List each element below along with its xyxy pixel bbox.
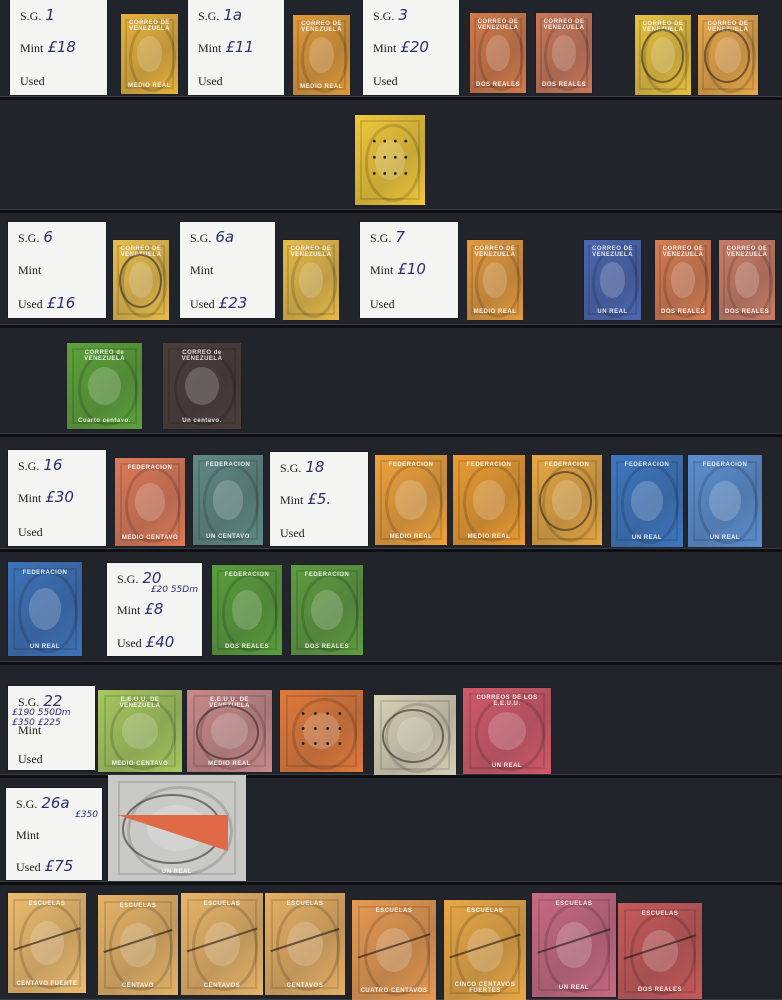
sg-number: S.G.1 <box>20 6 55 24</box>
sg-number-value: 1a <box>223 6 242 24</box>
sg-number: S.G.6a <box>190 228 234 246</box>
label-card-sg-3: S.G.3Mint£20Used <box>363 0 459 95</box>
stamp: ESCUELASCINCO CENTAVOS FUERTES <box>444 900 526 1000</box>
sg-number-value: 1 <box>45 6 55 24</box>
stamp-value-inscription: MEDIO REAL <box>459 534 520 540</box>
stamp: FEDERACIONDOS REALES <box>291 565 363 655</box>
stamp-top-inscription: FEDERACION <box>617 462 678 468</box>
postmark-icon <box>196 705 260 760</box>
stamp-value-inscription: MEDIO REAL <box>126 83 174 89</box>
stamp: E.E.U.U. DE VENEZUELAMEDIO CENTAVO <box>98 690 182 772</box>
stamp: FEDERACIONUN REAL <box>8 562 82 656</box>
stamp: CORREO DE VENEZUELADOS REALES <box>655 240 711 320</box>
mint-price-value: £11 <box>225 38 254 56</box>
sg-number-label: S.G. <box>20 9 41 23</box>
stamp-top-inscription: CORREO DE VENEZUELA <box>659 246 706 258</box>
stamp-value-inscription: Cuarto centavo. <box>73 418 136 424</box>
sg-number-label: S.G. <box>198 9 219 23</box>
stamp-top-inscription: FEDERACION <box>218 572 277 578</box>
used-price-value: £40 <box>146 633 175 651</box>
stamp-top-inscription: CORREO DE VENEZUELA <box>298 21 346 33</box>
stamp: FEDERACIONDOS REALES <box>212 565 282 655</box>
pin-perforation-icon <box>297 706 347 755</box>
stamp: ESCUELASCENTAVO <box>98 895 178 995</box>
pin-perforation-icon <box>369 133 411 187</box>
used-price-label: Used <box>20 74 45 88</box>
used-price: Used <box>370 294 399 312</box>
stamp: E.E.U.U. DE VENEZUELAMEDIO REAL <box>187 690 272 772</box>
stamp-value-inscription: UN REAL <box>539 985 610 991</box>
postmark-icon <box>641 29 684 83</box>
stamp-top-inscription: FEDERACION <box>14 570 76 576</box>
sg-number: S.G.26a <box>16 794 70 812</box>
label-card-sg-6: S.G.6MintUsed£16 <box>8 222 106 318</box>
sg-number: S.G.6 <box>18 228 53 246</box>
stamp-value-inscription: CENTAVOS <box>188 983 257 989</box>
stamp-value-inscription: UN REAL <box>119 869 235 875</box>
stamp: CORREO DE VENEZUELA <box>113 240 169 320</box>
stamp-top-inscription: CORREO DE VENEZUELA <box>474 19 521 31</box>
used-price-label: Used <box>280 526 305 540</box>
mint-price-value: £20 <box>400 38 429 56</box>
stamp-value-inscription: DOS REALES <box>540 82 587 88</box>
used-price-value: £75 <box>45 857 74 875</box>
stamp-value-inscription: UN REAL <box>617 535 678 541</box>
postmark-icon <box>704 29 750 83</box>
handwritten-note: £20 55Dm <box>151 585 198 595</box>
used-price: Used£40 <box>117 633 174 651</box>
used-price-label: Used <box>18 525 43 539</box>
stamp: ESCUELASCUATRO CENTAVOS <box>352 900 436 1000</box>
used-price: Used <box>280 523 309 541</box>
stamp-top-inscription: CORREO de VENEZUELA <box>73 350 136 362</box>
stamp: FEDERACIONMEDIO REAL <box>453 455 525 545</box>
stamp-top-inscription: CORREO DE VENEZUELA <box>540 19 587 31</box>
mint-price-label: Mint <box>18 491 41 505</box>
used-price-value: £16 <box>47 294 76 312</box>
mint-price-value: £8 <box>144 600 163 618</box>
sg-number-label: S.G. <box>18 231 39 245</box>
handwritten-note: £350 <box>75 810 98 820</box>
stamp-top-inscription: FEDERACION <box>199 462 258 468</box>
used-price-value: £23 <box>219 294 248 312</box>
stamp-top-inscription: CORREO DE VENEZUELA <box>126 20 174 32</box>
stamp: FEDERACIONUN REAL <box>688 455 762 547</box>
stamp: CORREO DE VENEZUELA <box>698 15 758 95</box>
mint-price-value: £10 <box>397 260 426 278</box>
stamp-value-inscription: CUATRO CENTAVOS <box>359 988 430 994</box>
stamp-top-inscription: CORREO DE VENEZUELA <box>471 246 518 258</box>
mint-price-label: Mint <box>190 263 213 277</box>
stamp-top-inscription: CORREO DE VENEZUELA <box>287 246 334 258</box>
sg-number-value: 6a <box>215 228 234 246</box>
postmark-icon <box>382 709 443 763</box>
stamp: CORREO DE VENEZUELADOS REALES <box>470 13 526 93</box>
sg-number-label: S.G. <box>18 459 39 473</box>
stamp-value-inscription: DOS REALES <box>474 82 521 88</box>
used-price-label: Used <box>190 297 215 311</box>
used-price-label: Used <box>18 752 43 766</box>
stamp-top-inscription: FEDERACION <box>381 462 442 468</box>
stamp: CORREOS DE LOS E.E.U.U.UN REAL <box>463 688 551 774</box>
stamp: FEDERACIONMEDIO CENTAVO <box>115 458 185 546</box>
stamp-value-inscription: CENTAVO FUERTE <box>14 981 80 987</box>
used-price-label: Used <box>18 297 43 311</box>
sg-number: S.G.7 <box>370 228 405 246</box>
stamp-top-inscription: E.E.U.U. DE VENEZUELA <box>105 697 176 709</box>
mint-price-label: Mint <box>20 41 43 55</box>
used-price-label: Used <box>16 860 41 874</box>
sg-number-label: S.G. <box>190 231 211 245</box>
sg-number-label: S.G. <box>370 231 391 245</box>
mint-price: Mint£8 <box>117 600 163 618</box>
stamp: CORREO DE VENEZUELA <box>635 15 691 95</box>
label-card-sg-1: S.G.1Mint£18Used <box>10 0 107 95</box>
mint-price-value: £5. <box>307 490 331 508</box>
sg-number-value: 16 <box>43 456 62 474</box>
stamp <box>280 690 363 772</box>
mint-price-label: Mint <box>373 41 396 55</box>
stamp <box>374 695 456 775</box>
stamp-value-inscription: DOS REALES <box>625 987 696 993</box>
sg-number-value: 6 <box>43 228 53 246</box>
used-price: Used£75 <box>16 857 73 875</box>
stamp: ESCUELASUN REAL <box>532 893 616 997</box>
mint-price: Mint£20 <box>373 38 429 56</box>
label-card-sg-1a: S.G.1aMint£11Used <box>188 0 284 95</box>
stamp-top-inscription: ESCUELAS <box>451 908 520 914</box>
mint-price: Mint <box>16 825 43 843</box>
used-price: Used <box>18 749 47 767</box>
stamp-value-inscription: DOS REALES <box>297 644 358 650</box>
used-price: Used <box>198 71 227 89</box>
bisect-stamp-icon <box>118 815 228 851</box>
label-card-sg-18: S.G.18Mint£5.Used <box>270 452 368 546</box>
sg-number-label: S.G. <box>18 695 39 709</box>
sg-number: S.G.16 <box>18 456 62 474</box>
stamp-value-inscription: MEDIO REAL <box>194 761 265 767</box>
mint-price: Mint£30 <box>18 488 74 506</box>
stamp: FEDERACION <box>532 455 602 545</box>
sg-number: S.G.1a <box>198 6 242 24</box>
stamp: CORREO DE VENEZUELAMEDIO REAL <box>121 14 178 94</box>
stamp-top-inscription: ESCUELAS <box>359 908 430 914</box>
mint-price-label: Mint <box>370 263 393 277</box>
stamp-value-inscription: Un centavo. <box>169 418 235 424</box>
label-card-sg-16: S.G.16Mint£30Used <box>8 450 106 546</box>
used-price: Used <box>20 71 49 89</box>
stamp-top-inscription: CORREO DE VENEZUELA <box>589 246 637 258</box>
stamp: CORREO DE VENEZUELAUN REAL <box>584 240 641 320</box>
stamp: FEDERACIONMEDIO REAL <box>375 455 447 545</box>
used-price-label: Used <box>117 636 142 650</box>
stamp-value-inscription: CINCO CENTAVOS FUERTES <box>451 982 520 994</box>
stamp: CORREO DE VENEZUELAMEDIO REAL <box>293 15 350 95</box>
used-price-label: Used <box>198 74 223 88</box>
sg-number-value: 18 <box>305 458 324 476</box>
stamp-top-inscription: ESCUELAS <box>271 901 338 907</box>
mint-price-label: Mint <box>280 493 303 507</box>
mint-price: Mint <box>190 260 217 278</box>
stamp: ESCUELASCENTAVOS <box>265 893 345 995</box>
mint-price-label: Mint <box>16 828 39 842</box>
sg-number: S.G.18 <box>280 458 324 476</box>
stamp-value-inscription: MEDIO REAL <box>381 534 442 540</box>
stamp-value-inscription: UN REAL <box>14 644 76 650</box>
mint-price: Mint£10 <box>370 260 426 278</box>
mint-price-value: £18 <box>47 38 76 56</box>
label-card-sg-20: S.G.20Mint£8Used£40£20 55Dm <box>107 563 202 656</box>
sg-number-label: S.G. <box>373 9 394 23</box>
stamp-top-inscription: ESCUELAS <box>104 903 171 909</box>
stamp-value-inscription: CENTAVOS <box>271 983 338 989</box>
stamp-value-inscription: MEDIO REAL <box>298 84 346 90</box>
stamp: ESCUELASCENTAVO FUERTE <box>8 893 86 993</box>
label-card-sg-22: S.G.22MintUsed£190 550Dm £350 £225 <box>8 686 95 770</box>
mint-price: Mint£18 <box>20 38 76 56</box>
stamp-value-inscription: MEDIO CENTAVO <box>105 761 176 767</box>
stamp-value-inscription: UN REAL <box>470 763 544 769</box>
stamp: ESCUELASDOS REALES <box>618 903 702 999</box>
stamp-top-inscription: CORREO DE VENEZUELA <box>723 246 770 258</box>
mint-price-label: Mint <box>18 263 41 277</box>
sg-number-value: 3 <box>398 6 408 24</box>
stamp-top-inscription: FEDERACION <box>538 462 597 468</box>
stamp-value-inscription: DOS REALES <box>723 309 770 315</box>
stamp-top-inscription: CORREO de VENEZUELA <box>169 350 235 362</box>
stamp: FEDERACIONUN CENTAVO <box>193 455 263 545</box>
stamp: FEDERACIONUN REAL <box>611 455 683 547</box>
stamp-top-inscription: ESCUELAS <box>539 901 610 907</box>
sg-number-label: S.G. <box>117 572 138 586</box>
used-price: Used <box>18 522 47 540</box>
stamp: CORREO de VENEZUELACuarto centavo. <box>67 343 142 429</box>
stamp-top-inscription: FEDERACION <box>297 572 358 578</box>
stamp-top-inscription: ESCUELAS <box>188 901 257 907</box>
stamp-value-inscription: UN REAL <box>694 535 756 541</box>
sg-number-label: S.G. <box>16 797 37 811</box>
used-price-label: Used <box>373 74 398 88</box>
mint-price-label: Mint <box>117 603 140 617</box>
sg-number-value: 26a <box>41 794 69 812</box>
sg-number: S.G.3 <box>373 6 408 24</box>
label-card-sg-7: S.G.7Mint£10Used <box>360 222 458 318</box>
stamp-top-inscription: ESCUELAS <box>625 911 696 917</box>
stamp-value-inscription: DOS REALES <box>218 644 277 650</box>
used-price: Used <box>373 71 402 89</box>
mint-price-value: £30 <box>45 488 74 506</box>
mint-price: Mint£11 <box>198 38 254 56</box>
stamp-value-inscription: DOS REALES <box>659 309 706 315</box>
postmark-icon <box>119 254 162 308</box>
stamp <box>355 115 425 205</box>
stamp: CORREO de VENEZUELAUn centavo. <box>163 343 241 429</box>
stamp-top-inscription: FEDERACION <box>459 462 520 468</box>
stamp-value-inscription: MEDIO CENTAVO <box>121 535 180 541</box>
stamp: CORREO DE VENEZUELA <box>283 240 339 320</box>
stamp-top-inscription: FEDERACION <box>694 462 756 468</box>
used-price-label: Used <box>370 297 395 311</box>
mint-price: Mint£5. <box>280 490 331 508</box>
postmark-icon <box>539 471 592 531</box>
stamp-value-inscription: MEDIO REAL <box>471 309 518 315</box>
used-price: Used£16 <box>18 294 75 312</box>
sg-number-label: S.G. <box>280 461 301 475</box>
stamp-top-inscription: FEDERACION <box>121 465 180 471</box>
stamp-value-inscription: UN REAL <box>589 309 637 315</box>
label-card-sg-6a: S.G.6aMintUsed£23 <box>180 222 275 318</box>
stamp: UN REAL <box>108 775 246 881</box>
stamp: CORREO DE VENEZUELADOS REALES <box>719 240 775 320</box>
label-card-sg-26a: S.G.26aMintUsed£75£350 <box>6 788 102 880</box>
used-price: Used£23 <box>190 294 247 312</box>
stamp: CORREO DE VENEZUELADOS REALES <box>536 13 592 93</box>
mint-price-label: Mint <box>198 41 221 55</box>
sg-number-value: 7 <box>395 228 405 246</box>
handwritten-note: £190 550Dm £350 £225 <box>12 708 91 728</box>
mint-price: Mint <box>18 260 45 278</box>
stamp: CORREO DE VENEZUELAMEDIO REAL <box>467 240 523 320</box>
stamp: ESCUELASCENTAVOS <box>181 893 263 995</box>
stamp-top-inscription: CORREOS DE LOS E.E.U.U. <box>470 695 544 707</box>
stamp-value-inscription: CENTAVO <box>104 983 171 989</box>
stamp-top-inscription: ESCUELAS <box>14 901 80 907</box>
stamp-value-inscription: UN CENTAVO <box>199 534 258 540</box>
